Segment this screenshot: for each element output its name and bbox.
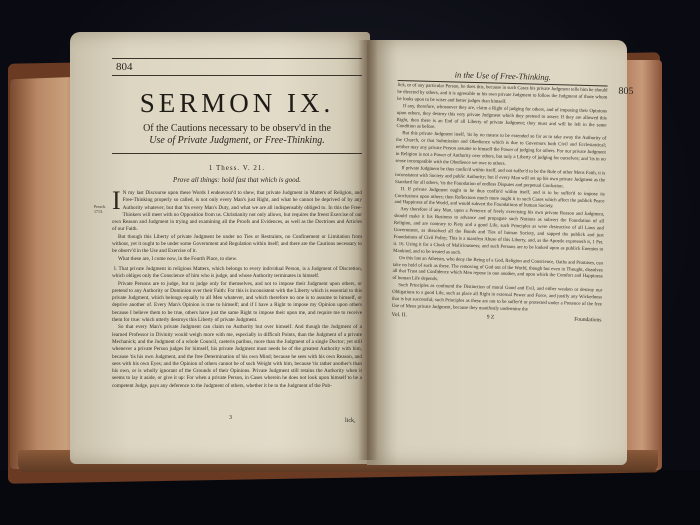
signature-mark-right: 9 Z — [487, 314, 495, 320]
paragraph: What these are, I come now, in the Fourt… — [112, 256, 362, 263]
drop-cap: I — [112, 190, 121, 212]
left-page-content: 804 SERMON IX. Of the Cautions necessary… — [112, 58, 362, 390]
paragraph: I. That private Judgment in religious Ma… — [112, 266, 362, 281]
paragraph: But this private Judgment itself, 'tis b… — [395, 131, 606, 171]
page-block-edge-right — [622, 60, 662, 470]
left-page-body: I N my last Discourse upon these Words I… — [112, 190, 362, 390]
catchword-right: Foundations — [574, 317, 601, 324]
paragraph: So that every Man's private Judgment can… — [112, 324, 362, 390]
paragraph: Such Principles as confound the Distinct… — [392, 283, 603, 316]
paragraph: N my last Discourse upon these Words I e… — [112, 190, 362, 234]
paragraph: Any therefore if any Man, upon a Pretenc… — [393, 207, 604, 261]
right-page-content: in the Use of Free-Thinking. 805 lick, o… — [391, 68, 607, 323]
subtitle-line-2: Use of Private Judgment, or Free-Thinkin… — [112, 135, 362, 147]
title-rule — [112, 153, 362, 154]
volume-mark: Vol. II. — [391, 312, 406, 318]
signature-mark-left: 3 — [229, 415, 232, 421]
scripture-reference: 1 Thess. V. 21. — [112, 164, 362, 172]
paragraph: But though this Liberty of private Judgm… — [112, 234, 362, 256]
subtitle-line-1: Of the Cautions necessary to be observ'd… — [112, 123, 362, 135]
right-page-body: lick, or of any particular Person, he do… — [392, 83, 608, 316]
header-rule-bottom — [112, 75, 362, 76]
catchword-left: lick, — [345, 418, 356, 424]
margin-note: Preach. 1713. — [94, 204, 110, 214]
page-number-left: 804 — [112, 59, 362, 75]
page-number-right: 805 — [618, 86, 633, 97]
paragraph: Private Persons are to judge, but to jud… — [112, 281, 362, 325]
sermon-subtitle: Of the Cautions necessary to be observ'd… — [112, 123, 362, 147]
epigraph: Prove all things: hold fast that which i… — [112, 176, 362, 184]
sermon-title: SERMON IX. — [112, 88, 362, 119]
